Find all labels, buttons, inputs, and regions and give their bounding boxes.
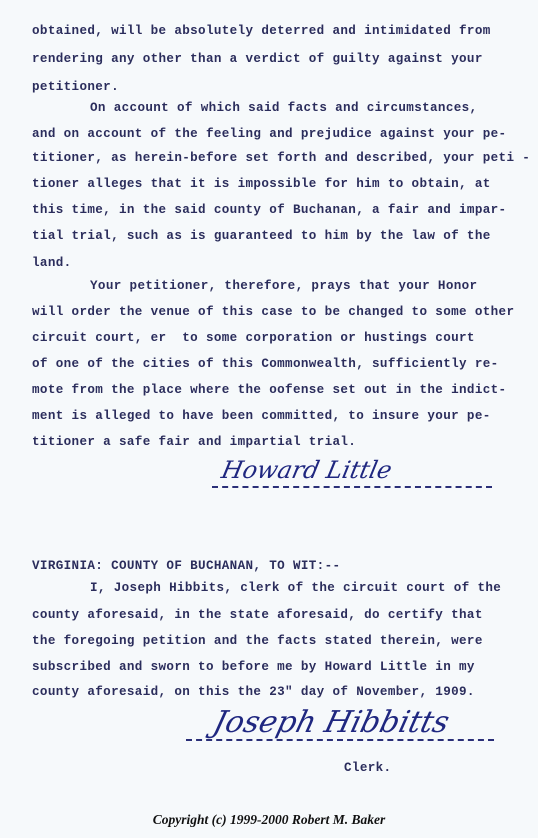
text-line: obtained, will be absolutely deterred an… [32,24,491,38]
text-line: land. [32,256,72,270]
text-line: tial trial, such as is guaranteed to him… [32,229,491,243]
text-line: county aforesaid, in the state aforesaid… [32,608,483,622]
text-line: county aforesaid, on this the 23" day of… [32,685,475,699]
text-line: tioner alleges that it is impossible for… [32,177,491,191]
text-line: titioner, as herein-before set forth and… [32,151,530,165]
certificate-heading: VIRGINIA: COUNTY OF BUCHANAN, TO WIT:-- [32,559,340,573]
text-line: of one of the cities of this Commonwealt… [32,357,499,371]
text-line: Your petitioner, therefore, prays that y… [90,279,477,293]
signature-line [212,486,492,488]
text-line: this time, in the said county of Buchana… [32,203,506,217]
text-line: rendering any other than a verdict of gu… [32,52,483,66]
text-line: petitioner. [32,80,119,94]
text-line: circuit court, er to some corporation or… [32,331,475,345]
text-line: and on account of the feeling and prejud… [32,127,506,141]
text-line: subscribed and sworn to before me by How… [32,660,475,674]
text-line: will order the venue of this case to be … [32,305,514,319]
clerk-title: Clerk. [344,761,391,775]
petitioner-signature: Howard Little [219,456,394,484]
text-line: ment is alleged to have been committed, … [32,409,491,423]
text-line: titioner a safe fair and impartial trial… [32,435,356,449]
text-line: the foregoing petition and the facts sta… [32,634,483,648]
copyright-notice: Copyright (c) 1999-2000 Robert M. Baker [0,812,538,828]
text-line: On account of which said facts and circu… [90,101,477,115]
text-line: mote from the place where the oofense se… [32,383,506,397]
clerk-signature: Joseph Hibbitts [210,705,453,740]
text-line: I, Joseph Hibbits, clerk of the circuit … [90,581,501,595]
